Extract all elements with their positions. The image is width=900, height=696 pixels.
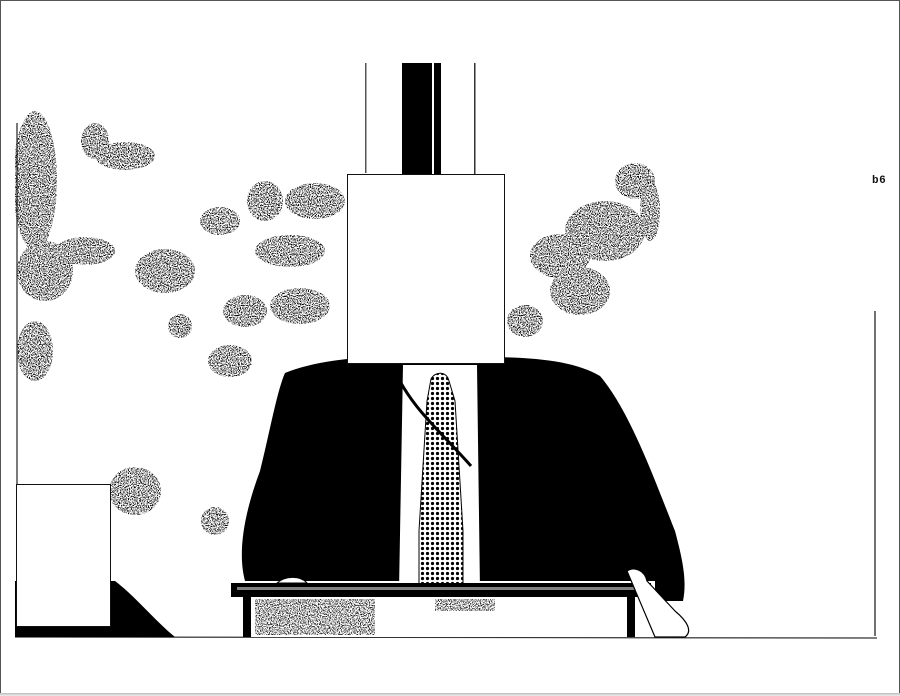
corner-redaction-box [16,484,111,627]
exemption-code-label: b6 [872,175,886,187]
scanned-page: b6 [0,0,900,696]
face-redaction-box [347,174,505,364]
